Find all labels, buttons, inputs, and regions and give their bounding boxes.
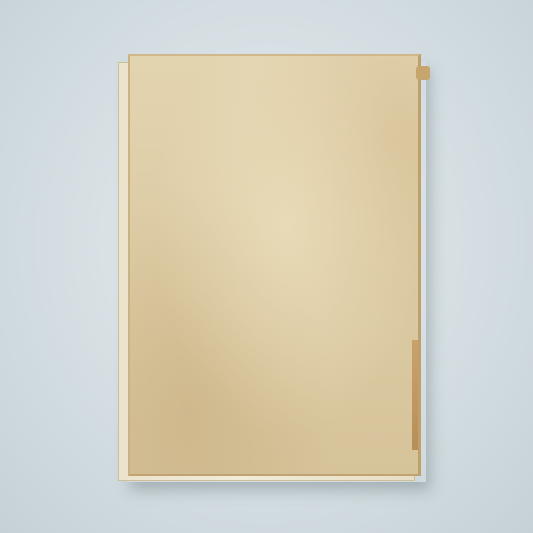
torn-spine-edge	[412, 340, 418, 450]
worn-corner	[416, 66, 430, 80]
book-cover	[128, 54, 421, 476]
